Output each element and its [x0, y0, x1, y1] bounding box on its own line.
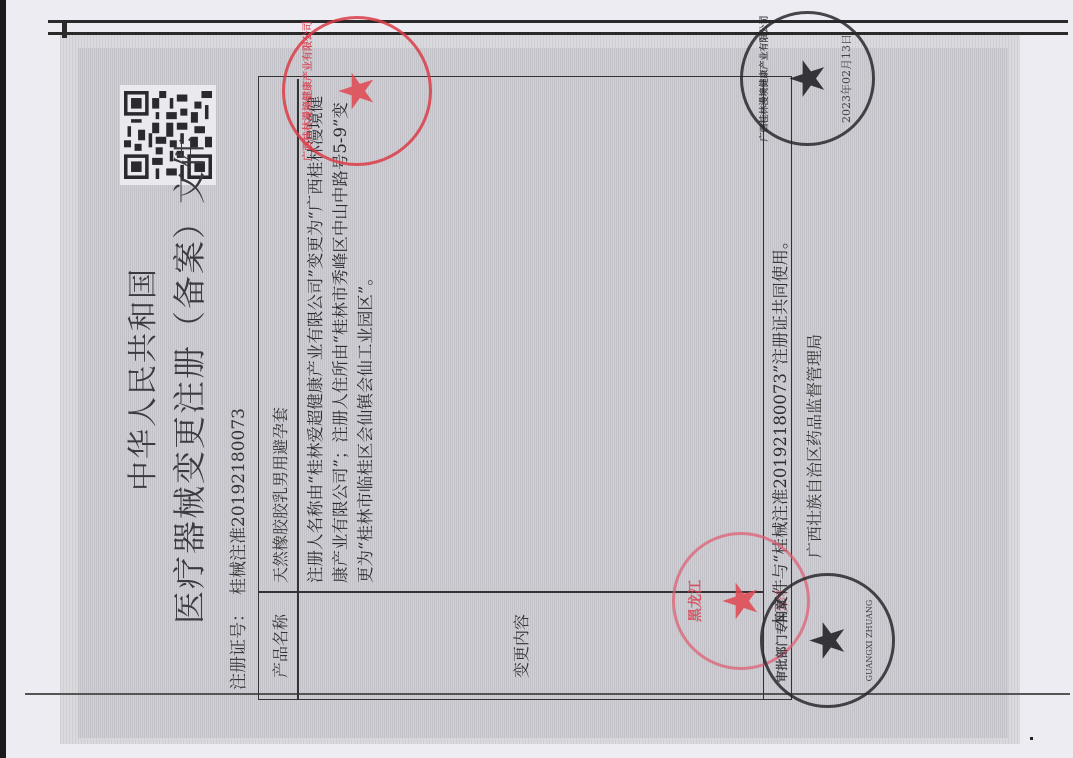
product-name-label: 产品名称 [268, 593, 291, 699]
document-title: 医疗器械变更注册（备案）文件 [164, 0, 211, 758]
registration-number-value: 桂械注准20192180073 [229, 408, 249, 595]
seal-date: 2023年02月13日 [838, 14, 854, 143]
company-seal-black: 广西桂林漫境健康产业有限公司 ★ 2023年02月13日 [740, 11, 875, 146]
star-icon: ★ [717, 579, 765, 622]
registration-number-label: 注册证号： [229, 605, 249, 690]
seal-text: 广西桂林漫境健康产业有限公司 [299, 19, 314, 163]
star-icon: ★ [804, 619, 852, 662]
change-content-value: 注册人名称由“桂林爱超健康产业有限公司”变更为“广西桂林漫境健康产业有限公司”；… [303, 93, 378, 583]
notice-text: “桂械注准20192180073”注册证共同使用。 [771, 233, 790, 563]
change-content-label: 变更内容 [509, 593, 532, 699]
registration-number-line: 注册证号：桂械注准20192180073 [224, 408, 249, 690]
seal-subtext: GUANGXI ZHUANG [865, 576, 874, 705]
star-icon: ★ [784, 57, 832, 100]
document-title-country: 中华人民共和国 [118, 0, 162, 758]
star-icon: ★ [333, 69, 381, 112]
rotated-document: 中华人民共和国 医疗器械变更注册（备案）文件 注册证号：桂械注准20192180… [0, 0, 1073, 758]
company-seal-red: 广西桂林漫境健康产业有限公司 ★ [282, 16, 432, 166]
product-name-value: 天然橡胶胶乳男用避孕套 [268, 407, 291, 583]
table-row-divider [297, 79, 299, 699]
seal-text: 审批部门专用章 [773, 576, 790, 705]
authority-seal-black: 审批部门专用章 ★ GUANGXI ZHUANG [760, 573, 895, 708]
seal-text: 黑龙江 [685, 535, 705, 667]
seal-text: 广西桂林漫境健康产业有限公司 [757, 14, 770, 143]
issuing-authority: 广西壮族自治区药品监督管理局 [802, 334, 825, 558]
